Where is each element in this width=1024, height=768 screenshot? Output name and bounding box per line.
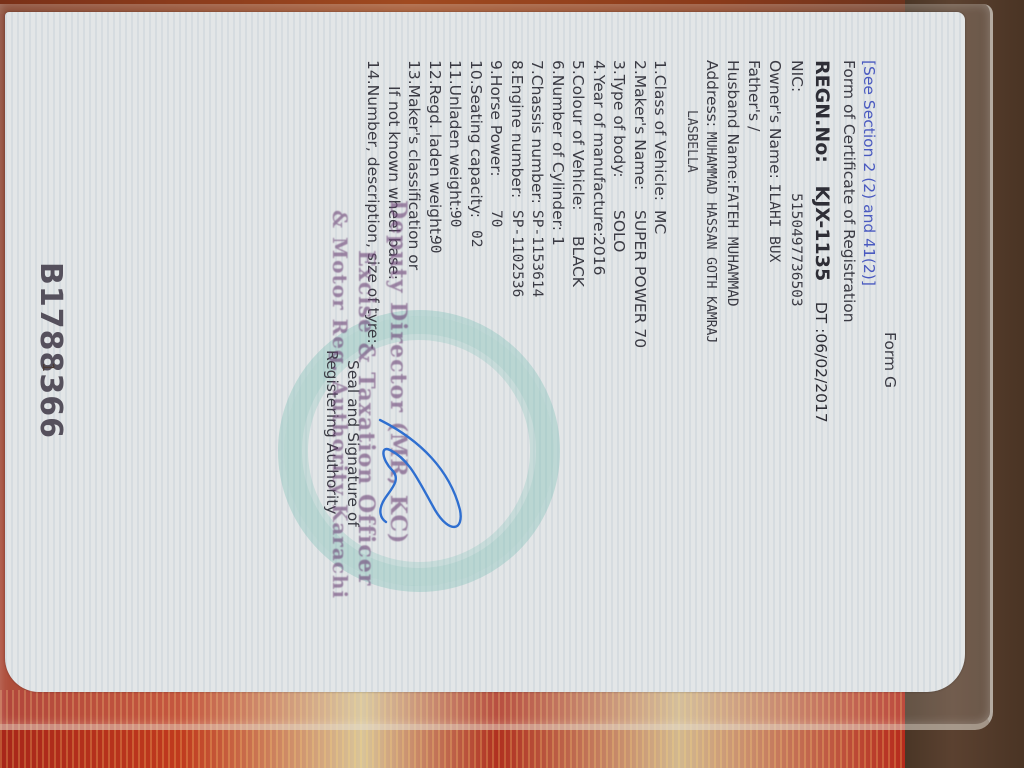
- vehicle-detail-value: 02: [466, 230, 487, 247]
- vehicle-detail-value: BLACK: [568, 236, 589, 287]
- nic-row: NIC: 5150497736503: [786, 60, 808, 640]
- address-label: Address:: [703, 60, 721, 127]
- vehicle-detail-value: 1: [548, 236, 569, 246]
- address-row: Address: MUHAMMAD HASSAN GOTH KAMRAJ: [700, 60, 723, 640]
- owner-row: Owner's Name: ILAHI BUX: [764, 60, 786, 640]
- vehicle-detail-label: 4.Year of manufacture:: [589, 60, 610, 237]
- vehicle-detail-row: 8.Engine number:SP-1102536: [507, 60, 528, 640]
- father-label-row: Father's /: [744, 60, 765, 640]
- vehicle-detail-row: 3.Type of body:SOLO: [609, 60, 630, 640]
- vehicle-detail-label: 6.Number of Cylinder:: [548, 60, 569, 231]
- vehicle-detail-label: 8.Engine number:: [507, 60, 528, 198]
- owner-value: ILAHI BUX: [767, 184, 783, 263]
- vehicle-detail-label: 12.Regd. laden weight:: [425, 60, 446, 239]
- vehicle-detail-row: 11.Unladen weight:90: [445, 60, 466, 640]
- vehicle-detail-row: 6.Number of Cylinder:1: [548, 60, 569, 640]
- father-label: Husband Name:: [725, 60, 743, 184]
- vehicle-detail-label: 3.Type of body:: [609, 60, 630, 178]
- vehicle-detail-label: 2.Maker's Name:: [630, 60, 651, 190]
- vehicle-detail-value: 70: [486, 210, 507, 227]
- address-line-2: LASBELLA: [685, 46, 700, 640]
- vehicle-detail-value: 90: [425, 236, 446, 253]
- serial-number: B1788366: [33, 262, 68, 439]
- date-label: DT :: [813, 302, 831, 334]
- vehicle-detail-value: 90: [445, 210, 466, 227]
- vehicle-detail-label: 10.Seating capacity:: [466, 60, 487, 218]
- vehicle-detail-value: SP-1102536: [507, 210, 528, 297]
- stamp-line-3: & Motor Reg. Authority Karachi: [330, 210, 351, 599]
- section-reference: [See Section 2 (2) and 41(2)]: [859, 60, 880, 640]
- certificate-content: Form G [See Section 2 (2) and 41(2)] For…: [210, 60, 900, 640]
- vehicle-detail-label: 11.Unladen weight:: [445, 60, 466, 211]
- nic-label: NIC:: [788, 60, 806, 92]
- vehicle-detail-label: 5.Colour of Vehicle:: [568, 60, 589, 211]
- vehicle-detail-row: 2.Maker's Name:SUPER POWER 70: [630, 60, 651, 640]
- vehicle-detail-row: 9.Horse Power:70: [486, 60, 507, 640]
- father-row: Husband Name:FATEH MUHAMMAD: [722, 60, 744, 640]
- vehicle-detail-row: 10.Seating capacity:02: [466, 60, 487, 640]
- form-name: Form G: [880, 60, 901, 640]
- vehicle-detail-row: 5.Colour of Vehicle:BLACK: [568, 60, 589, 640]
- vehicle-detail-value: SUPER POWER 70: [630, 210, 651, 348]
- vehicle-detail-label: 9.Horse Power:: [486, 60, 507, 177]
- vehicle-detail-row: 1.Class of Vehicle:MC: [650, 60, 671, 640]
- father-value: FATEH MUHAMMAD: [725, 184, 741, 306]
- vehicle-detail-label: 1.Class of Vehicle:: [650, 60, 671, 201]
- address-value: MUHAMMAD HASSAN GOTH KAMRAJ: [703, 132, 718, 343]
- vehicle-detail-value: MC: [650, 210, 671, 234]
- vehicle-detail-row: 12.Regd. laden weight:90: [425, 60, 446, 640]
- serial-sub-number: 1: [39, 362, 58, 372]
- signature-icon: [360, 400, 480, 550]
- regn-label: REGN.No:: [812, 60, 834, 163]
- nic-value: 5150497736503: [788, 193, 804, 307]
- vehicle-detail-row: 7.Chassis number:SP-1153614: [527, 60, 548, 640]
- date-value: 06/02/2017: [813, 333, 831, 422]
- regn-number: KJX-1135: [812, 186, 834, 282]
- registration-number-row: REGN.No: KJX-1135 DT :06/02/2017: [811, 60, 833, 640]
- form-title: Form of Certificate of Registration: [839, 60, 860, 640]
- vehicle-detail-value: 2016: [589, 236, 610, 275]
- vehicle-detail-label: 7.Chassis number:: [527, 60, 548, 204]
- vehicle-detail-value: SOLO: [609, 210, 630, 252]
- owner-label: Owner's Name:: [767, 60, 785, 179]
- vehicle-detail-row: 4.Year of manufacture:2016: [589, 60, 610, 640]
- vehicle-detail-value: SP-1153614: [527, 210, 548, 297]
